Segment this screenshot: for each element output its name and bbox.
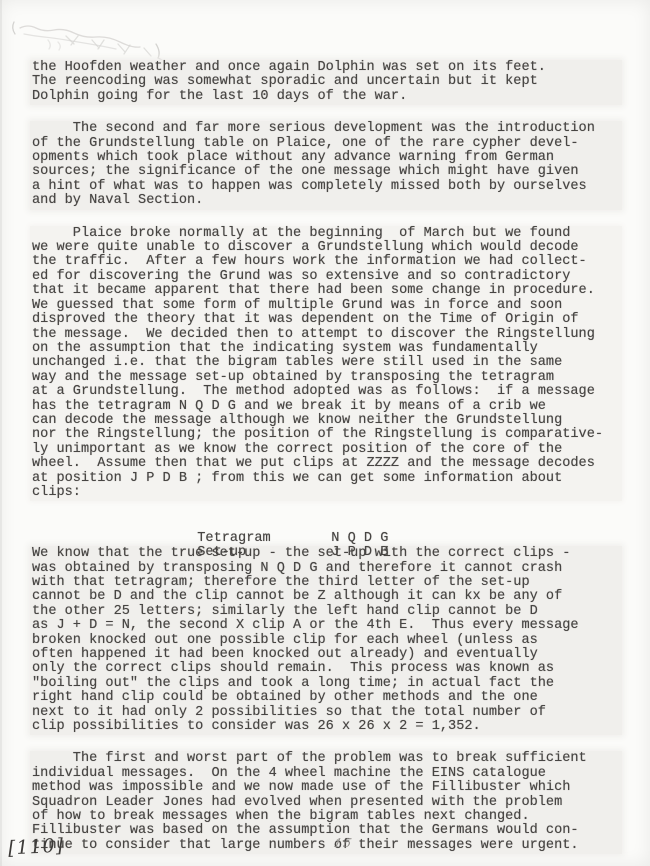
- paragraph-grundstellung-introduction: The second and far more serious developm…: [30, 121, 622, 209]
- catalog-number: [110]: [7, 835, 64, 860]
- tetragram-value: N Q D G: [331, 531, 388, 546]
- document-body: the Hoofden weather and once again Dolph…: [30, 60, 622, 866]
- clips-setup-table: TetragramN Q D G Set-upJ P D B: [30, 517, 622, 546]
- paragraph-boiling-out: We know that the true set-up - the set-u…: [30, 546, 622, 735]
- page-number: 15: [332, 836, 355, 850]
- document-page: the Hoofden weather and once again Dolph…: [0, 0, 650, 866]
- paragraph-fillibuster: The first and worst part of the problem …: [30, 751, 622, 854]
- tetragram-label: Tetragram: [197, 532, 331, 546]
- faded-stamp: [8, 14, 183, 64]
- paragraph-plaice-break: Plaice broke normally at the beginning o…: [30, 226, 622, 502]
- paragraph-dolphin-reencoding: the Hoofden weather and once again Dolph…: [30, 60, 622, 105]
- table-row-tetragram: TetragramN Q D G: [32, 517, 620, 531]
